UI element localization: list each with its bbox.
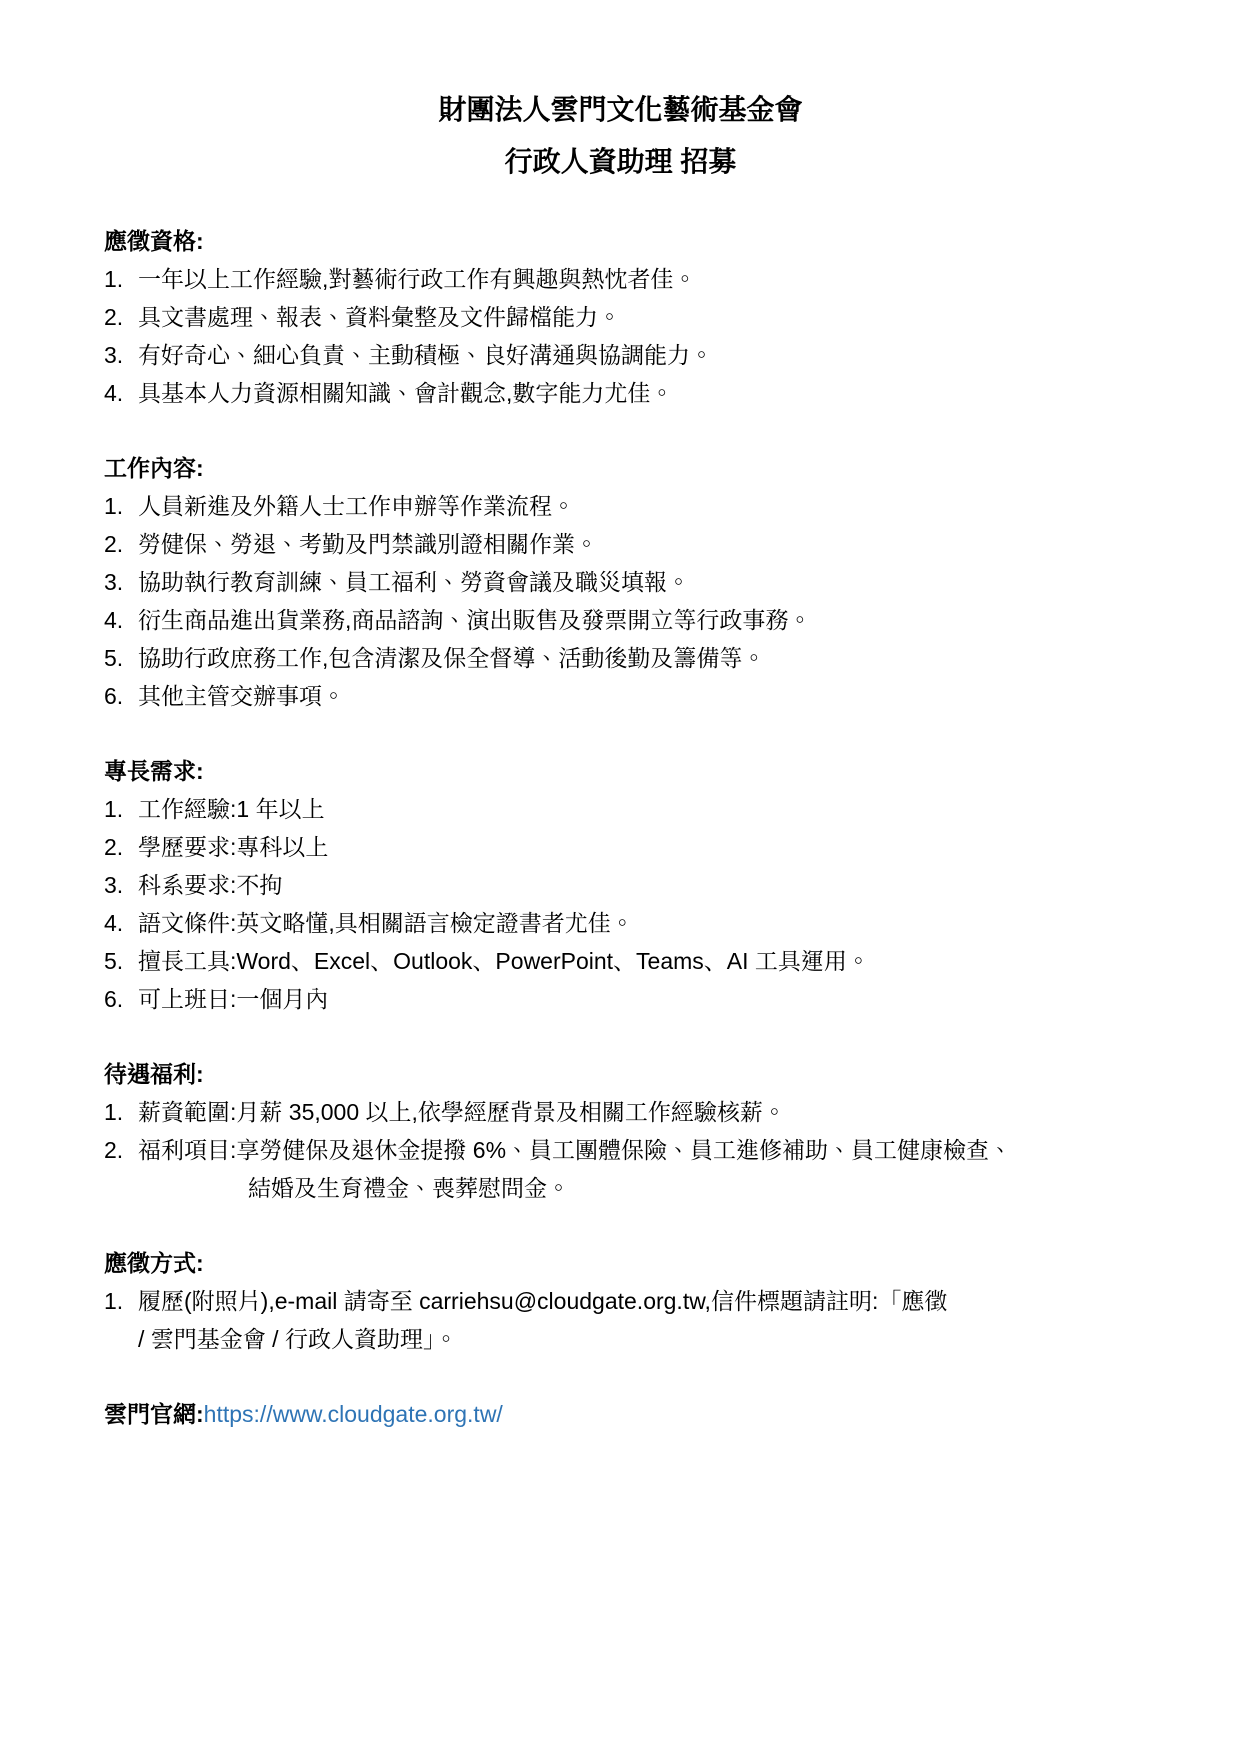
item-number: 2. (104, 1131, 138, 1169)
list-item: 2. 勞健保、勞退、考勤及門禁識別證相關作業。 (104, 525, 1137, 563)
item-text-line2: 結婚及生育禮金、喪葬慰問金。 (138, 1169, 1137, 1207)
list-item: 3. 科系要求:不拘 (104, 866, 1137, 904)
item-text: 福利項目:享勞健保及退休金提撥 6%、員工團體保險、員工進修補助、員工健康檢查、… (138, 1131, 1137, 1207)
item-number: 1. (104, 260, 138, 298)
item-number: 3. (104, 866, 138, 904)
item-number: 1. (104, 1282, 138, 1320)
list-item: 2. 學歷要求:專科以上 (104, 828, 1137, 866)
list-item: 6. 可上班日:一個月內 (104, 980, 1137, 1018)
list-item: 2. 具文書處理、報表、資料彙整及文件歸檔能力。 (104, 298, 1137, 336)
section-skills: 專長需求: 1. 工作經驗:1 年以上 2. 學歷要求:專科以上 3. 科系要求… (104, 752, 1137, 1018)
item-text: 衍生商品進出貨業務,商品諮詢、演出販售及發票開立等行政事務。 (138, 601, 1137, 639)
item-number: 2. (104, 298, 138, 336)
item-text: 具文書處理、報表、資料彙整及文件歸檔能力。 (138, 298, 1137, 336)
document-title: 財團法人雲門文化藝術基金會 (104, 84, 1137, 136)
item-text: 有好奇心、細心負責、主動積極、良好溝通與協調能力。 (138, 336, 1137, 374)
item-number: 1. (104, 487, 138, 525)
website-line: 雲門官網:https://www.cloudgate.org.tw/ (104, 1395, 1137, 1433)
list-item: 4. 具基本人力資源相關知識、會計觀念,數字能力尤佳。 (104, 374, 1137, 412)
document-subtitle: 行政人資助理 招募 (104, 136, 1137, 188)
item-text-line2: / 雲門基金會 / 行政人資助理」。 (138, 1320, 1137, 1358)
list-item: 3. 協助執行教育訓練、員工福利、勞資會議及職災填報。 (104, 563, 1137, 601)
item-number: 1. (104, 1093, 138, 1131)
list-item: 4. 衍生商品進出貨業務,商品諮詢、演出販售及發票開立等行政事務。 (104, 601, 1137, 639)
list-item: 6. 其他主管交辦事項。 (104, 677, 1137, 715)
section-heading-skills: 專長需求: (104, 752, 1137, 790)
list-item: 3. 有好奇心、細心負責、主動積極、良好溝通與協調能力。 (104, 336, 1137, 374)
list-item: 1. 薪資範圍:月薪 35,000 以上,依學經歷背景及相關工作經驗核薪。 (104, 1093, 1137, 1131)
item-text: 學歷要求:專科以上 (138, 828, 1137, 866)
item-number: 3. (104, 563, 138, 601)
item-text-line1: 福利項目:享勞健保及退休金提撥 6%、員工團體保險、員工進修補助、員工健康檢查、 (138, 1131, 1137, 1169)
list-item: 1. 人員新進及外籍人士工作申辦等作業流程。 (104, 487, 1137, 525)
item-number: 4. (104, 374, 138, 412)
item-number: 6. (104, 677, 138, 715)
section-compensation: 待遇福利: 1. 薪資範圍:月薪 35,000 以上,依學經歷背景及相關工作經驗… (104, 1055, 1137, 1207)
item-number: 4. (104, 601, 138, 639)
document-page: 財團法人雲門文化藝術基金會 行政人資助理 招募 應徵資格: 1. 一年以上工作經… (0, 0, 1241, 1755)
item-number: 5. (104, 639, 138, 677)
item-number: 3. (104, 336, 138, 374)
list-item: 1. 工作經驗:1 年以上 (104, 790, 1137, 828)
section-heading-how-to-apply: 應徵方式: (104, 1244, 1137, 1282)
item-text: 具基本人力資源相關知識、會計觀念,數字能力尤佳。 (138, 374, 1137, 412)
list-item: 1. 履歷(附照片),e-mail 請寄至 carriehsu@cloudgat… (104, 1282, 1137, 1358)
list-item: 2. 福利項目:享勞健保及退休金提撥 6%、員工團體保險、員工進修補助、員工健康… (104, 1131, 1137, 1207)
item-number: 2. (104, 525, 138, 563)
item-text: 勞健保、勞退、考勤及門禁識別證相關作業。 (138, 525, 1137, 563)
list-item: 5. 協助行政庶務工作,包含清潔及保全督導、活動後勤及籌備等。 (104, 639, 1137, 677)
section-heading-compensation: 待遇福利: (104, 1055, 1137, 1093)
list-item: 5. 擅長工具:Word、Excel、Outlook、PowerPoint、Te… (104, 942, 1137, 980)
item-text: 其他主管交辦事項。 (138, 677, 1137, 715)
list-item: 1. 一年以上工作經驗,對藝術行政工作有興趣與熱忱者佳。 (104, 260, 1137, 298)
section-qualifications: 應徵資格: 1. 一年以上工作經驗,對藝術行政工作有興趣與熱忱者佳。 2. 具文… (104, 222, 1137, 412)
section-how-to-apply: 應徵方式: 1. 履歷(附照片),e-mail 請寄至 carriehsu@cl… (104, 1244, 1137, 1358)
section-heading-job-description: 工作內容: (104, 449, 1137, 487)
item-number: 5. (104, 942, 138, 980)
item-text: 人員新進及外籍人士工作申辦等作業流程。 (138, 487, 1137, 525)
item-text: 工作經驗:1 年以上 (138, 790, 1137, 828)
item-text: 薪資範圍:月薪 35,000 以上,依學經歷背景及相關工作經驗核薪。 (138, 1093, 1137, 1131)
item-number: 4. (104, 904, 138, 942)
item-text: 擅長工具:Word、Excel、Outlook、PowerPoint、Teams… (138, 942, 1137, 980)
document-header: 財團法人雲門文化藝術基金會 行政人資助理 招募 (104, 84, 1137, 188)
website-label: 雲門官網: (104, 1401, 204, 1427)
item-number: 2. (104, 828, 138, 866)
section-heading-qualifications: 應徵資格: (104, 222, 1137, 260)
list-item: 4. 語文條件:英文略懂,具相關語言檢定證書者尤佳。 (104, 904, 1137, 942)
item-text-line1: 履歷(附照片),e-mail 請寄至 carriehsu@cloudgate.o… (138, 1282, 1137, 1320)
cloudgate-website-link[interactable]: https://www.cloudgate.org.tw/ (204, 1401, 503, 1427)
item-text: 可上班日:一個月內 (138, 980, 1137, 1018)
item-text: 科系要求:不拘 (138, 866, 1137, 904)
item-text: 履歷(附照片),e-mail 請寄至 carriehsu@cloudgate.o… (138, 1282, 1137, 1358)
item-text: 語文條件:英文略懂,具相關語言檢定證書者尤佳。 (138, 904, 1137, 942)
section-job-description: 工作內容: 1. 人員新進及外籍人士工作申辦等作業流程。 2. 勞健保、勞退、考… (104, 449, 1137, 715)
item-number: 1. (104, 790, 138, 828)
item-text: 一年以上工作經驗,對藝術行政工作有興趣與熱忱者佳。 (138, 260, 1137, 298)
item-number: 6. (104, 980, 138, 1018)
item-text: 協助行政庶務工作,包含清潔及保全督導、活動後勤及籌備等。 (138, 639, 1137, 677)
item-text: 協助執行教育訓練、員工福利、勞資會議及職災填報。 (138, 563, 1137, 601)
